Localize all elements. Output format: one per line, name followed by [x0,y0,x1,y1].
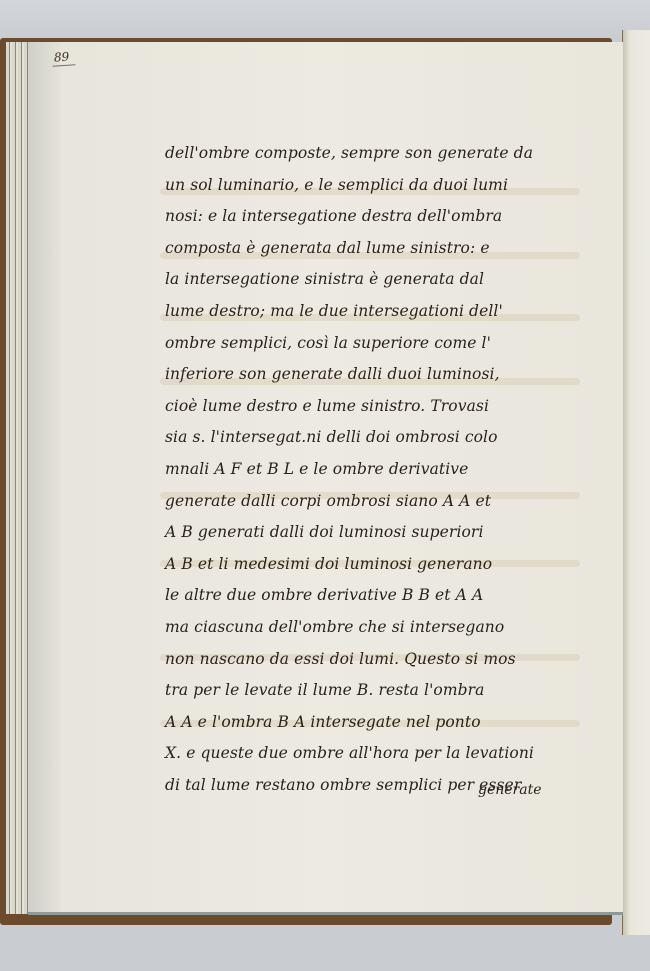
folio-number: 89 [51,49,75,67]
text-line: mnali A F et B L e le ombre derivative [165,454,565,486]
facing-page-edge [622,30,650,935]
text-line: inferiore son generate dalli duoi lumino… [165,359,565,391]
text-line: A B et li medesimi doi luminosi generano [165,549,565,581]
text-line: generate dalli corpi ombrosi siano A A e… [165,486,565,518]
text-line: composta è generata dal lume sinistro: e [165,233,565,265]
text-line: ma ciascuna dell'ombre che si intersegan… [165,612,565,644]
text-line: A A e l'ombra B A intersegate nel ponto [165,707,565,739]
text-line: tra per le levate il lume B. resta l'omb… [165,675,565,707]
text-line: non nascano da essi doi lumi. Questo si … [165,644,565,676]
handwritten-text-block: dell'ombre composte, sempre son generate… [165,138,565,801]
background [0,0,650,42]
text-line: un sol luminario, e le semplici da duoi … [165,170,565,202]
text-line: dell'ombre composte, sempre son generate… [165,138,565,170]
text-line: sia s. l'intersegat.ni delli doi ombrosi… [165,422,565,454]
text-line: X. e queste due ombre all'hora per la le… [165,738,565,770]
catchword: generate [478,782,542,798]
text-line: nosi: e la intersegatione destra dell'om… [165,201,565,233]
text-line: ombre semplici, così la superiore come l… [165,328,565,360]
text-line: A B generati dalli doi luminosi superior… [165,517,565,549]
text-line: le altre due ombre derivative B B et A A [165,580,565,612]
text-line: la intersegatione sinistra è generata da… [165,264,565,296]
text-line: lume destro; ma le due intersegationi de… [165,296,565,328]
text-line: cioè lume destro e lume sinistro. Trovas… [165,391,565,423]
